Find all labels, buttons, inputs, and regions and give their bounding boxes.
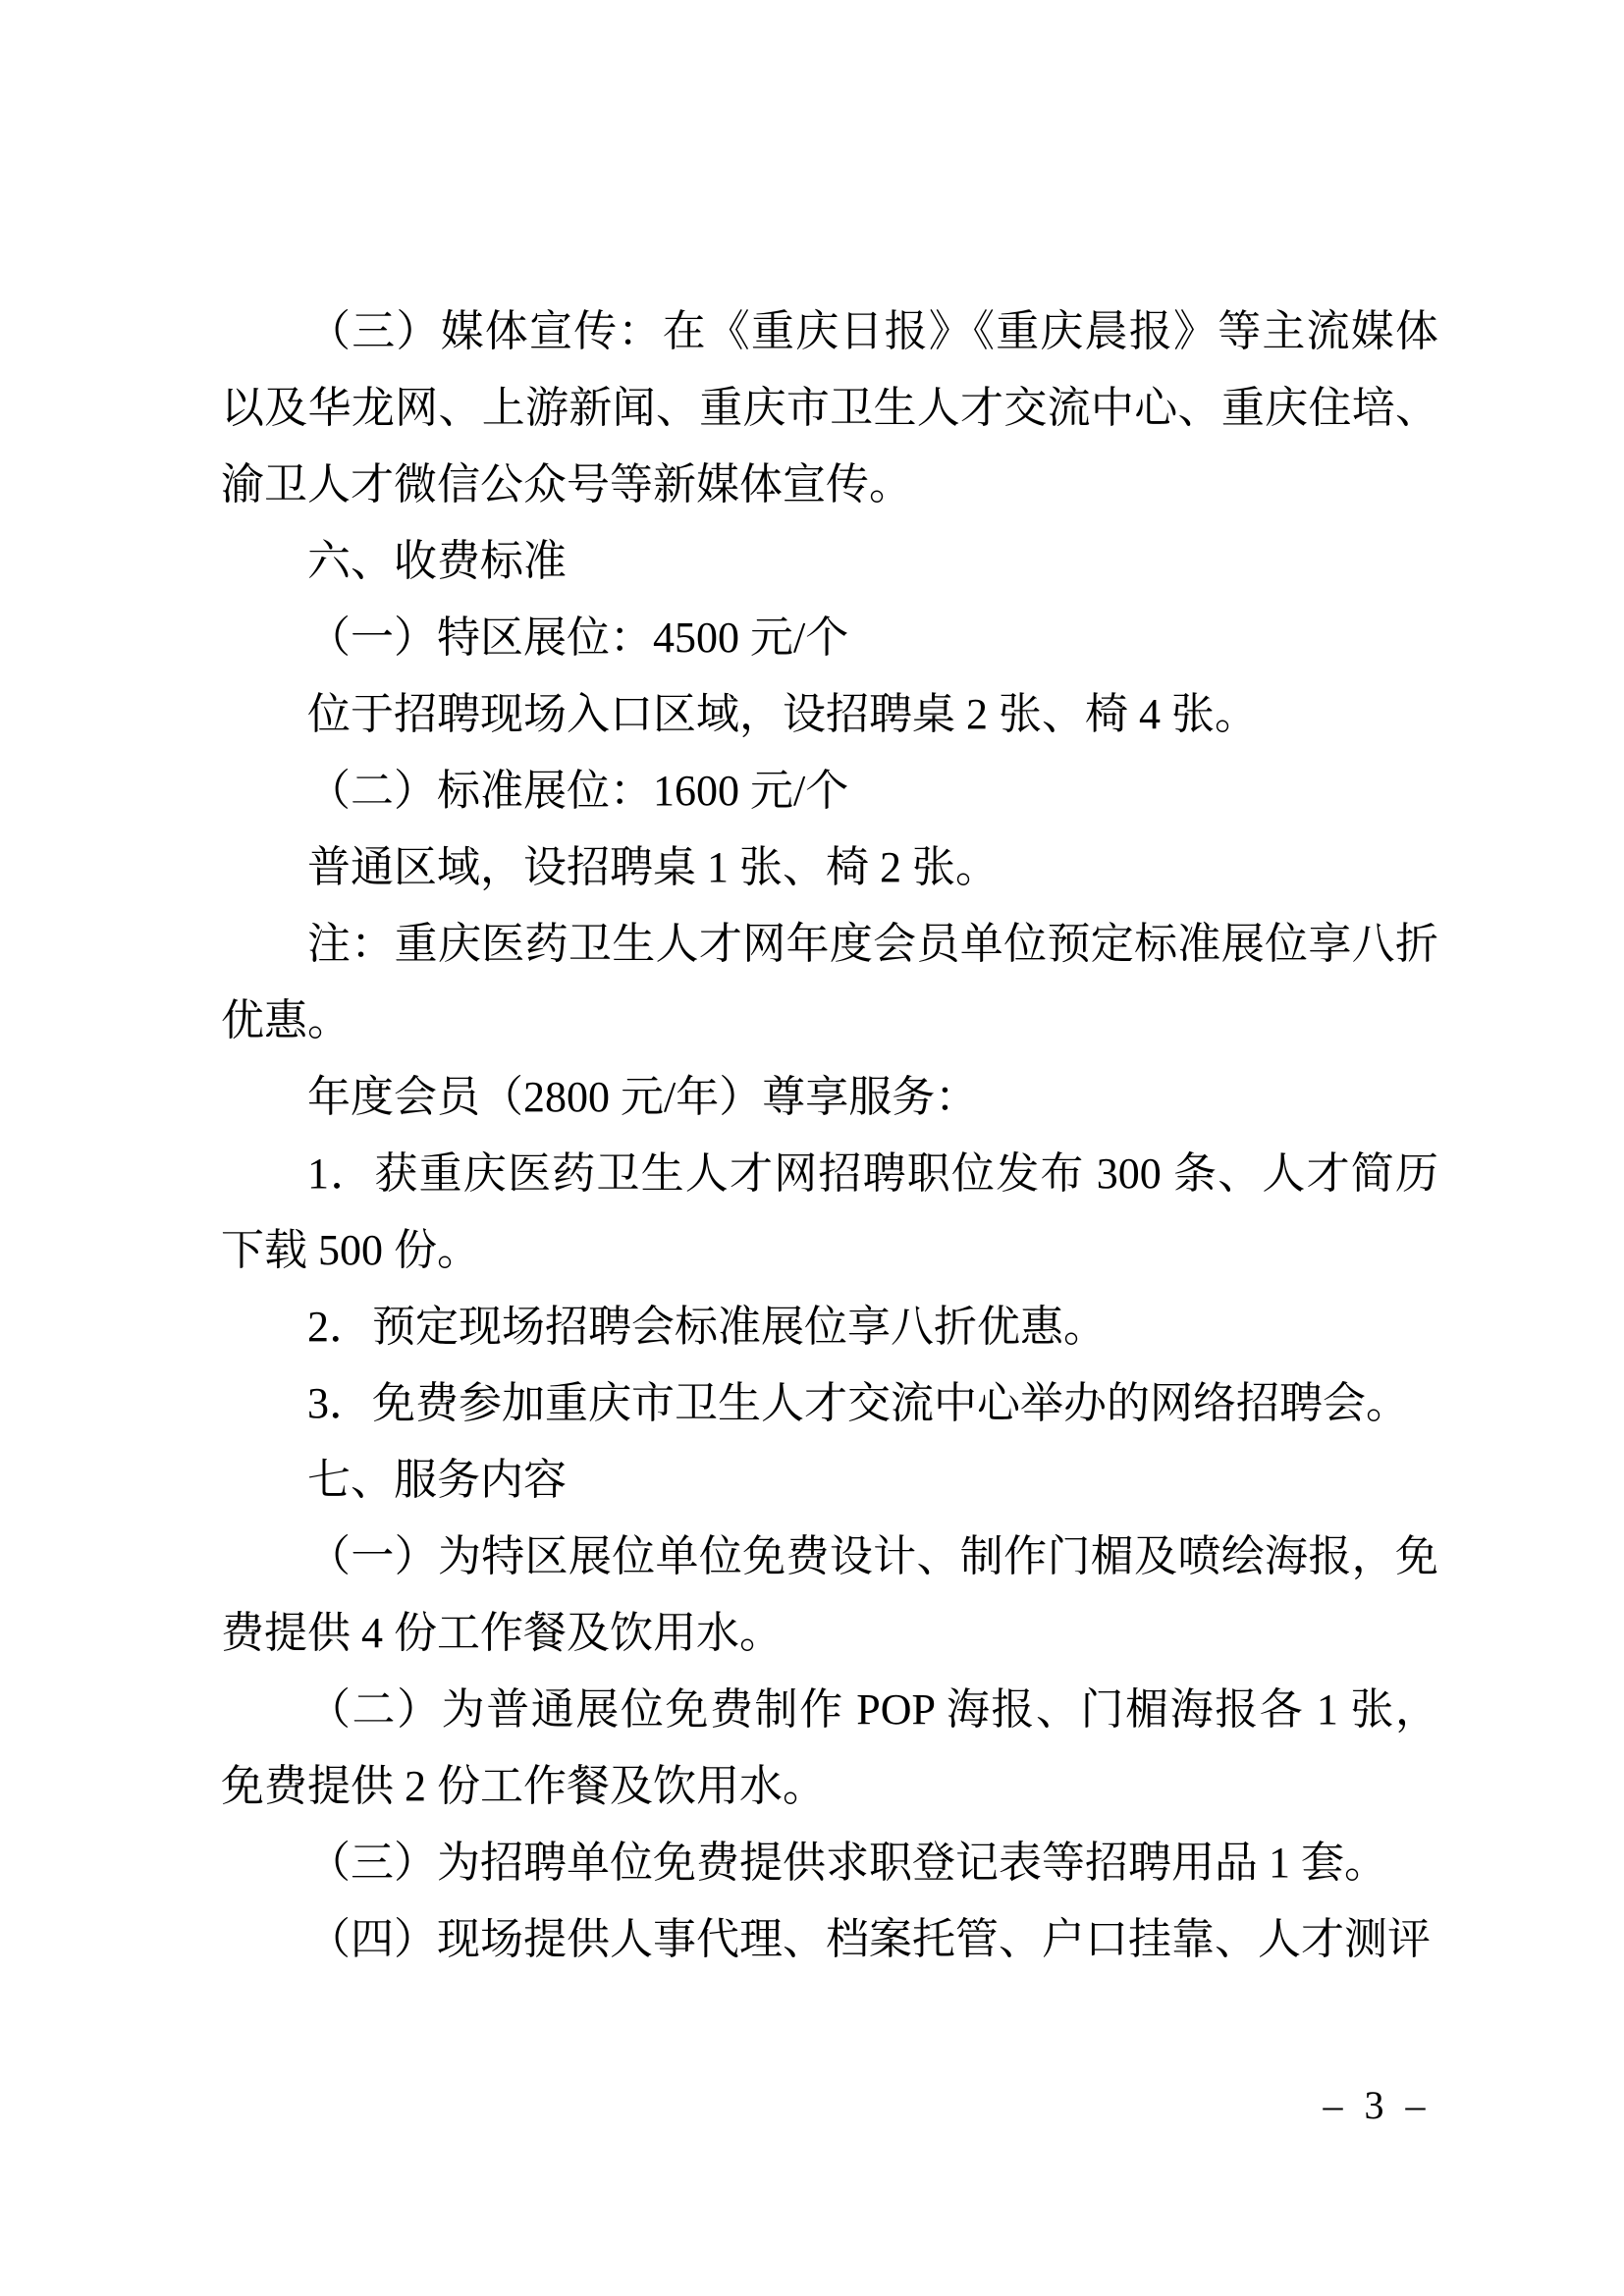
paragraph-service-special-booth: （一）为特区展位单位免费设计、制作门楣及喷绘海报，免费提供 4 份工作餐及饮用水…	[221, 1519, 1438, 1672]
paragraph-service-onsite-services: （四）现场提供人事代理、档案托管、户口挂靠、人才测评	[221, 1901, 1438, 1978]
paragraph-service-standard-booth: （二）为普通展位免费制作 POP 海报、门楣海报各 1 张，免费提供 2 份工作…	[221, 1672, 1438, 1825]
paragraph-member-discount-note: 注：重庆医药卫生人才网年度会员单位预定标准展位享八折优惠。	[221, 906, 1438, 1059]
paragraph-standard-booth-price: （二）标准展位：1600 元/个	[221, 753, 1438, 829]
heading-fee-standards: 六、收费标准	[221, 523, 1438, 600]
paragraph-service-recruitment-supplies: （三）为招聘单位免费提供求职登记表等招聘用品 1 套。	[221, 1825, 1438, 1901]
paragraph-standard-booth-desc: 普通区域，设招聘桌 1 张、椅 2 张。	[221, 829, 1438, 906]
document-page: （三）媒体宣传：在《重庆日报》《重庆晨报》等主流媒体以及华龙网、上游新闻、重庆市…	[0, 0, 1624, 2296]
paragraph-annual-member-services: 年度会员（2800 元/年）尊享服务：	[221, 1059, 1438, 1136]
document-body: （三）媒体宣传：在《重庆日报》《重庆晨报》等主流媒体以及华龙网、上游新闻、重庆市…	[221, 294, 1438, 1978]
heading-service-content: 七、服务内容	[221, 1442, 1438, 1519]
list-item-job-posting-quota: 1．获重庆医药卫生人才网招聘职位发布 300 条、人才简历下载 500 份。	[221, 1136, 1438, 1289]
page-number: – 3 –	[1316, 2083, 1438, 2128]
list-item-free-online-fair: 3．免费参加重庆市卫生人才交流中心举办的网络招聘会。	[221, 1365, 1438, 1442]
paragraph-special-booth-desc: 位于招聘现场入口区域，设招聘桌 2 张、椅 4 张。	[221, 676, 1438, 753]
list-item-booth-discount: 2．预定现场招聘会标准展位享八折优惠。	[221, 1289, 1438, 1365]
paragraph-media-promotion: （三）媒体宣传：在《重庆日报》《重庆晨报》等主流媒体以及华龙网、上游新闻、重庆市…	[221, 294, 1438, 523]
paragraph-special-booth-price: （一）特区展位：4500 元/个	[221, 600, 1438, 676]
